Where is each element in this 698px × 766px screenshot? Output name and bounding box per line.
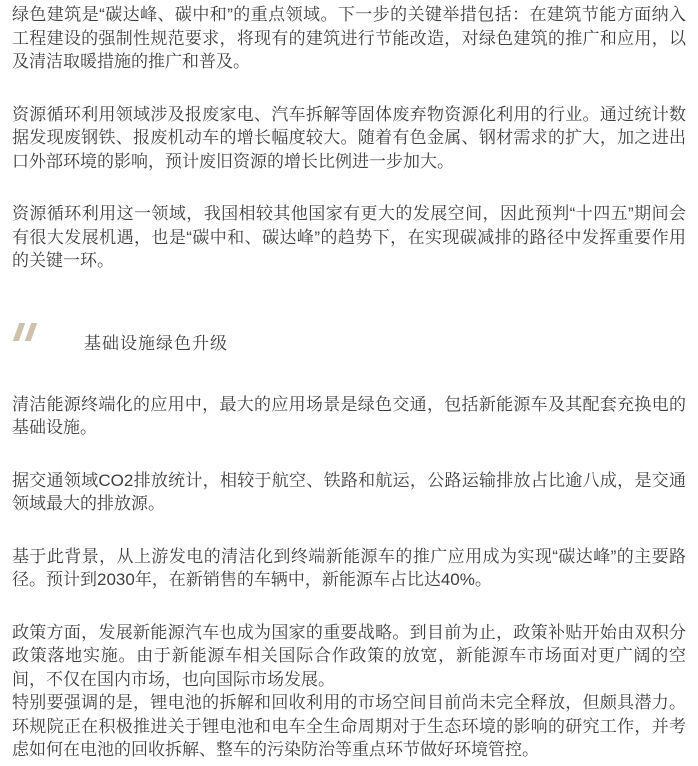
article-page: 绿色建筑是“碳达峰、碳中和”的重点领域。下一步的关键举措包括：在建筑节能方面纳入… [0, 0, 698, 766]
paragraph-co2-emissions: 据交通领域CO2排放统计，相较于航空、铁路和航运，公路运输排放占比逾八成，是交通… [12, 469, 686, 516]
section-title: 基础设施绿色升级 [84, 329, 228, 354]
double-slash-quote-icon [16, 323, 40, 341]
paragraph-battery-recycling: 特别要强调的是，锂电池的拆解和回收利用的市场空间目前尚未完全释放，但颇具潜力。环… [12, 691, 686, 762]
paragraph-resource-recycling-industry: 资源循环利用领域涉及报废家电、汽车拆解等固体废弃物资源化利用的行业。通过统计数据… [12, 103, 686, 174]
paragraph-resource-recycling-opportunity: 资源循环利用这一领域，我国相较其他国家有更大的发展空间，因此预判“十四五”期间会… [12, 202, 686, 273]
paragraph-carbon-peak-path: 基于此背景，从上游发电的清洁化到终端新能源车的推广应用成为实现“碳达峰”的主要路… [12, 545, 686, 592]
paragraph-nev-policy: 政策方面，发展新能源汽车也成为国家的重要战略。到目前为止，政策补贴开始由双积分政… [12, 621, 686, 692]
paragraph-green-building: 绿色建筑是“碳达峰、碳中和”的重点领域。下一步的关键举措包括：在建筑节能方面纳入… [12, 3, 686, 74]
section-header: 基础设施绿色升级 [12, 302, 686, 362]
paragraph-green-transport: 清洁能源终端化的应用中，最大的应用场景是绿色交通，包括新能源车及其配套充换电的基… [12, 393, 686, 440]
